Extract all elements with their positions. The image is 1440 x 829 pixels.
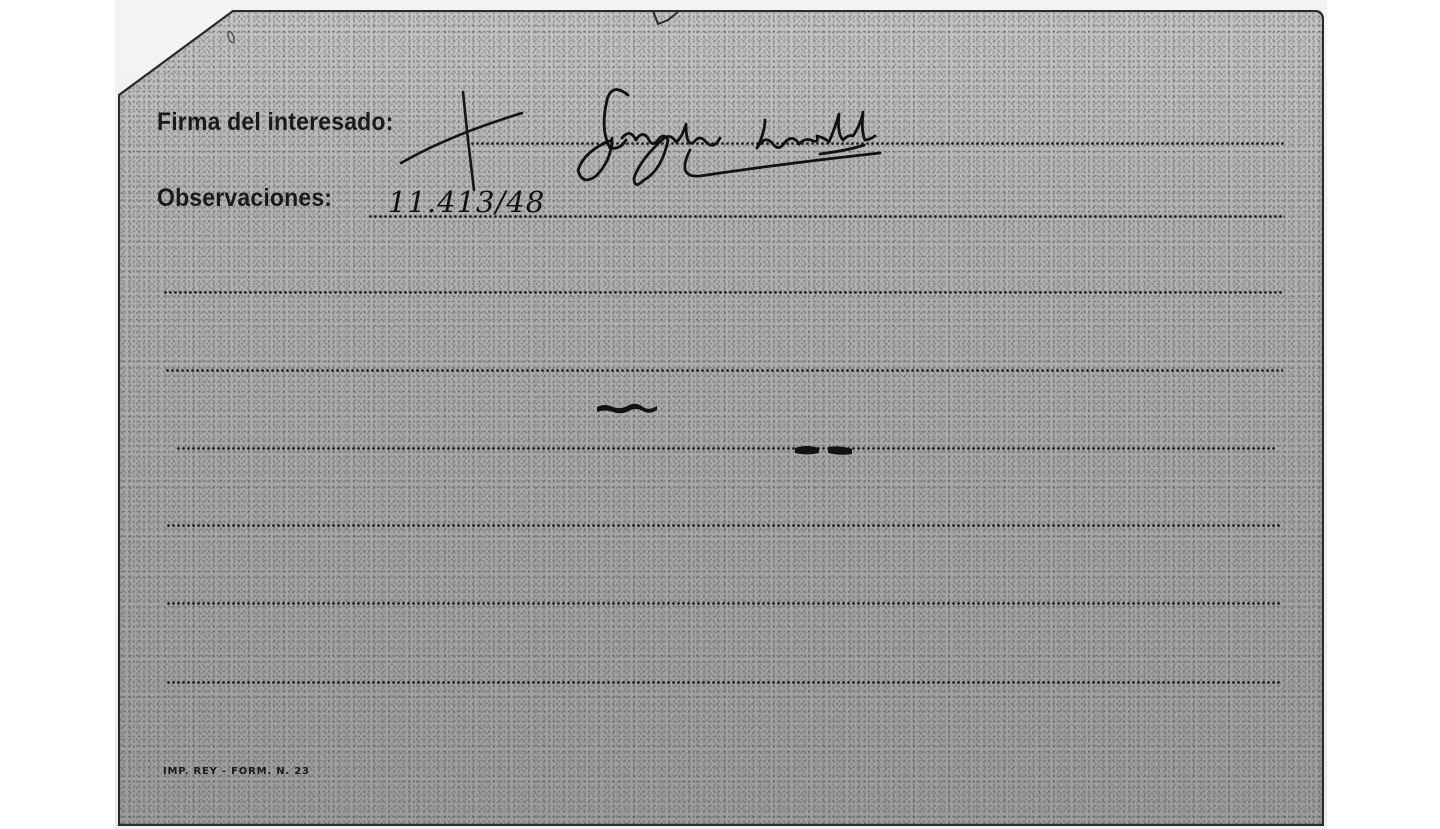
printer-imprint: IMP. REY - FORM. N. 23 (163, 766, 310, 777)
blank-line-6 (166, 681, 1280, 684)
blank-line-2 (165, 369, 1283, 372)
observations-label: Observaciones: (157, 184, 332, 213)
signature-label: Firma del interesado: (157, 108, 393, 137)
blank-line-4 (166, 524, 1280, 527)
blank-line-1 (163, 291, 1283, 294)
scanned-card-view: Firma del interesado: Observaciones: 11.… (0, 0, 1440, 829)
blank-line-5 (166, 602, 1280, 605)
signature-dotted-line (470, 142, 1285, 145)
observations-value: 11.413/48 (388, 185, 545, 219)
blank-line-3 (176, 447, 1276, 450)
